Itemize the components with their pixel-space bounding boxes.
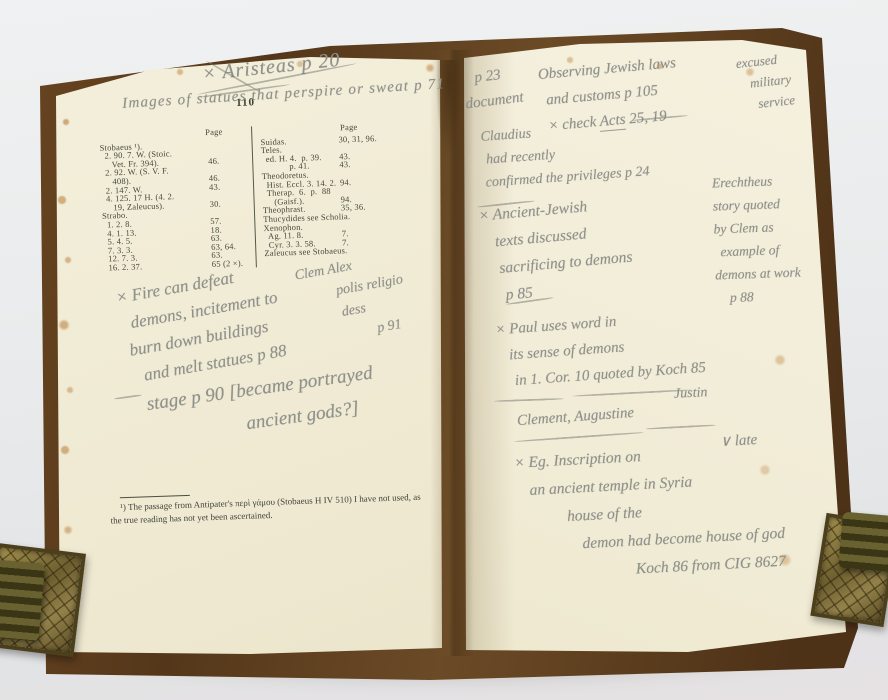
note-p23-document: p 23document xyxy=(461,61,525,118)
entry-page: 43. xyxy=(209,182,221,191)
entry-page: 43. xyxy=(339,160,351,169)
note-erechtheus-story: Erechtheusstory quotedby Clem asexample … xyxy=(712,169,802,310)
handwritten-line: example of xyxy=(720,238,800,264)
handwritten-line: story quoted xyxy=(712,192,798,218)
note-excused-military-service: excusedmilitaryservice xyxy=(735,47,796,115)
book-photo: 110 Page Stobaeus ¹). 2. 90. 7. W. (Stoi… xyxy=(0,0,888,700)
brass-clasp-left xyxy=(0,543,86,657)
index-right-entries: Suidas. 30, 31, 96. Teles. ed. H. 4. p. … xyxy=(260,131,448,258)
note-syrian-inscription: × Eg. Inscription onan ancient temple in… xyxy=(502,436,788,590)
handwritten-line: demons at work xyxy=(715,260,801,286)
handwritten-line: p 88 xyxy=(730,283,802,308)
entry-page: 30, 31, 96. xyxy=(338,134,377,144)
index-left-entries: Stobaeus ¹). 2. 90. 7. W. (Stoic. Vet. F… xyxy=(99,138,255,272)
note-claudius-privileges: Claudiushad recentlyconfirmed the privil… xyxy=(480,114,650,194)
handwritten-line: service xyxy=(757,89,796,114)
clasp-strap xyxy=(838,512,888,573)
entry-page: 94. xyxy=(340,178,352,187)
note-justin: Justin xyxy=(674,385,708,403)
entry-text: Zaleucus see Stobaeus. xyxy=(264,246,347,257)
index-left-column: Page Stobaeus ¹). 2. 90. 7. W. (Stoic. xyxy=(99,126,256,272)
index-right-column: Page Suidas. 30, 31, 96. Teles. xyxy=(251,120,449,267)
entry-page: 46. xyxy=(208,156,220,165)
clasp-strap xyxy=(0,559,45,642)
note-clem-alex: Clem Alexpolis religiodessp 91 xyxy=(293,248,412,353)
note-paul-demons: × Paul uses word inits sense of demonsin… xyxy=(495,303,707,395)
footnote-rule xyxy=(120,495,190,498)
handwritten-line: by Clem as xyxy=(713,215,799,241)
note-ancient-jewish-texts: × Ancient-Jewishtexts discussedsacrifici… xyxy=(478,190,636,311)
footnote: ¹) The passage from Antipater's περὶ γάμ… xyxy=(110,486,433,526)
entry-page: 30. xyxy=(210,199,222,208)
handwritten-line: Erechtheus xyxy=(712,169,798,195)
